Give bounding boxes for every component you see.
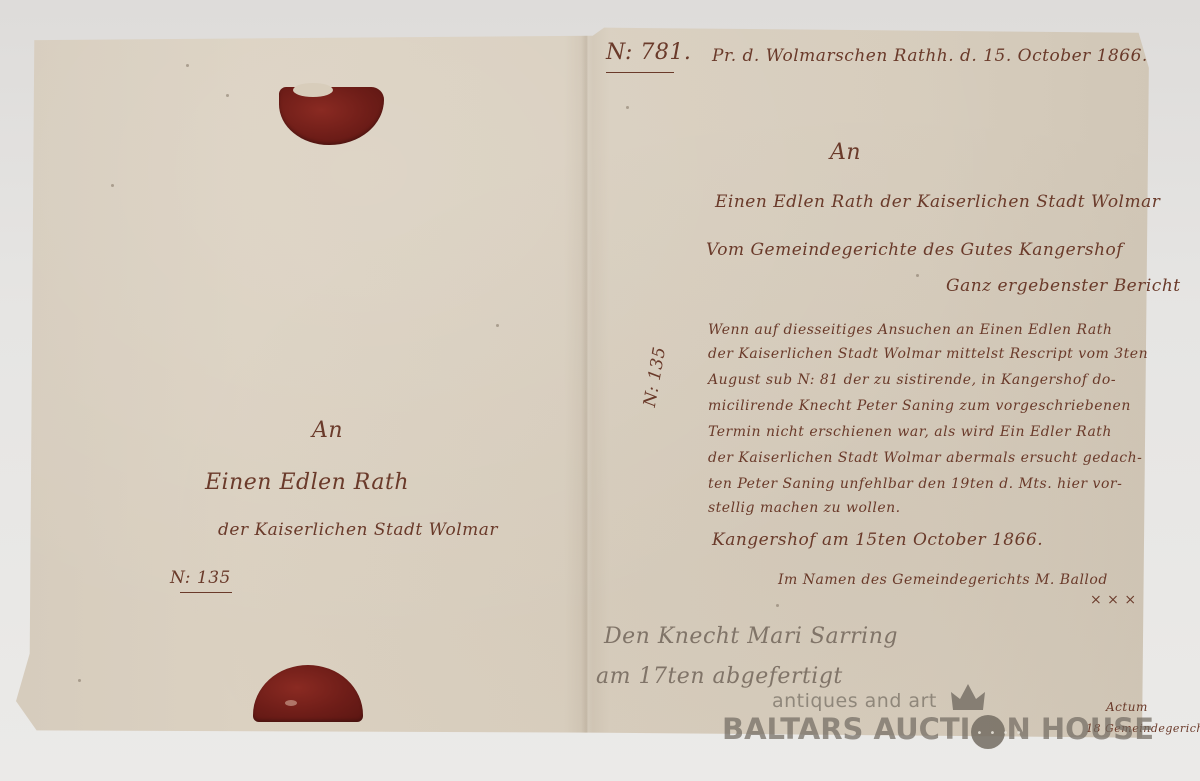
signature-line: Im Namen des Gemeindegerichts M. Ballod — [778, 572, 1108, 588]
salutation-heading: An — [830, 140, 861, 165]
received-number: N: 781. — [606, 40, 691, 65]
paper-speck — [226, 94, 229, 97]
paper-speck — [776, 604, 779, 607]
corner-note-line-2: 18 Gemeindegericht — [1086, 722, 1200, 735]
seal-glint — [285, 700, 297, 706]
letter-sheet — [16, 24, 1158, 756]
seal-chip — [293, 83, 333, 97]
received-stamp-line: Pr. d. Wolmarschen Rathh. d. 15. October… — [712, 46, 1148, 66]
signature-marks: × × × — [1090, 592, 1137, 608]
paper-speck — [916, 274, 919, 277]
paper-speck — [78, 679, 81, 682]
left-address-line-1: Einen Edlen Rath — [205, 470, 409, 495]
body-line: micilirende Knecht Peter Saning zum vorg… — [708, 398, 1131, 414]
center-fold-crease — [581, 24, 593, 756]
body-line: stellig machen zu wollen. — [708, 500, 901, 516]
paper-speck — [496, 324, 499, 327]
paper-speck — [186, 64, 189, 67]
left-number-underline — [180, 592, 232, 593]
left-address-line-2: der Kaiserlichen Stadt Wolmar — [218, 520, 498, 540]
body-line: August sub N: 81 der zu sistirende, in K… — [708, 372, 1116, 388]
body-line: der Kaiserlichen Stadt Wolmar mittelst R… — [708, 346, 1148, 362]
paper-speck — [626, 106, 629, 109]
left-number: N: 135 — [170, 568, 231, 588]
corner-note-line-1: Actum — [1106, 700, 1148, 714]
date-line: Kangershof am 15ten October 1866. — [712, 530, 1043, 550]
body-line: Wenn auf diesseitiges Ansuchen an Einen … — [708, 322, 1112, 338]
pencil-note-line-2: am 17ten abgefertigt — [596, 664, 843, 689]
pencil-note-line-1: Den Knecht Mari Sarring — [604, 624, 898, 649]
photo-backdrop: An Einen Edlen Rath der Kaiserlichen Sta… — [0, 0, 1200, 781]
salutation-line-1: Einen Edlen Rath der Kaiserlichen Stadt … — [715, 192, 1160, 212]
left-address-heading: An — [312, 418, 343, 443]
received-number-underline — [606, 72, 674, 73]
paper-speck — [111, 184, 114, 187]
salutation-line-2: Vom Gemeindegerichte des Gutes Kangersho… — [706, 240, 1123, 260]
salutation-line-3: Ganz ergebenster Bericht — [946, 276, 1181, 296]
body-line: ten Peter Saning unfehlbar den 19ten d. … — [708, 476, 1122, 492]
body-line: Termin nicht erschienen war, als wird Ei… — [708, 424, 1112, 440]
body-line: der Kaiserlichen Stadt Wolmar abermals e… — [708, 450, 1142, 466]
